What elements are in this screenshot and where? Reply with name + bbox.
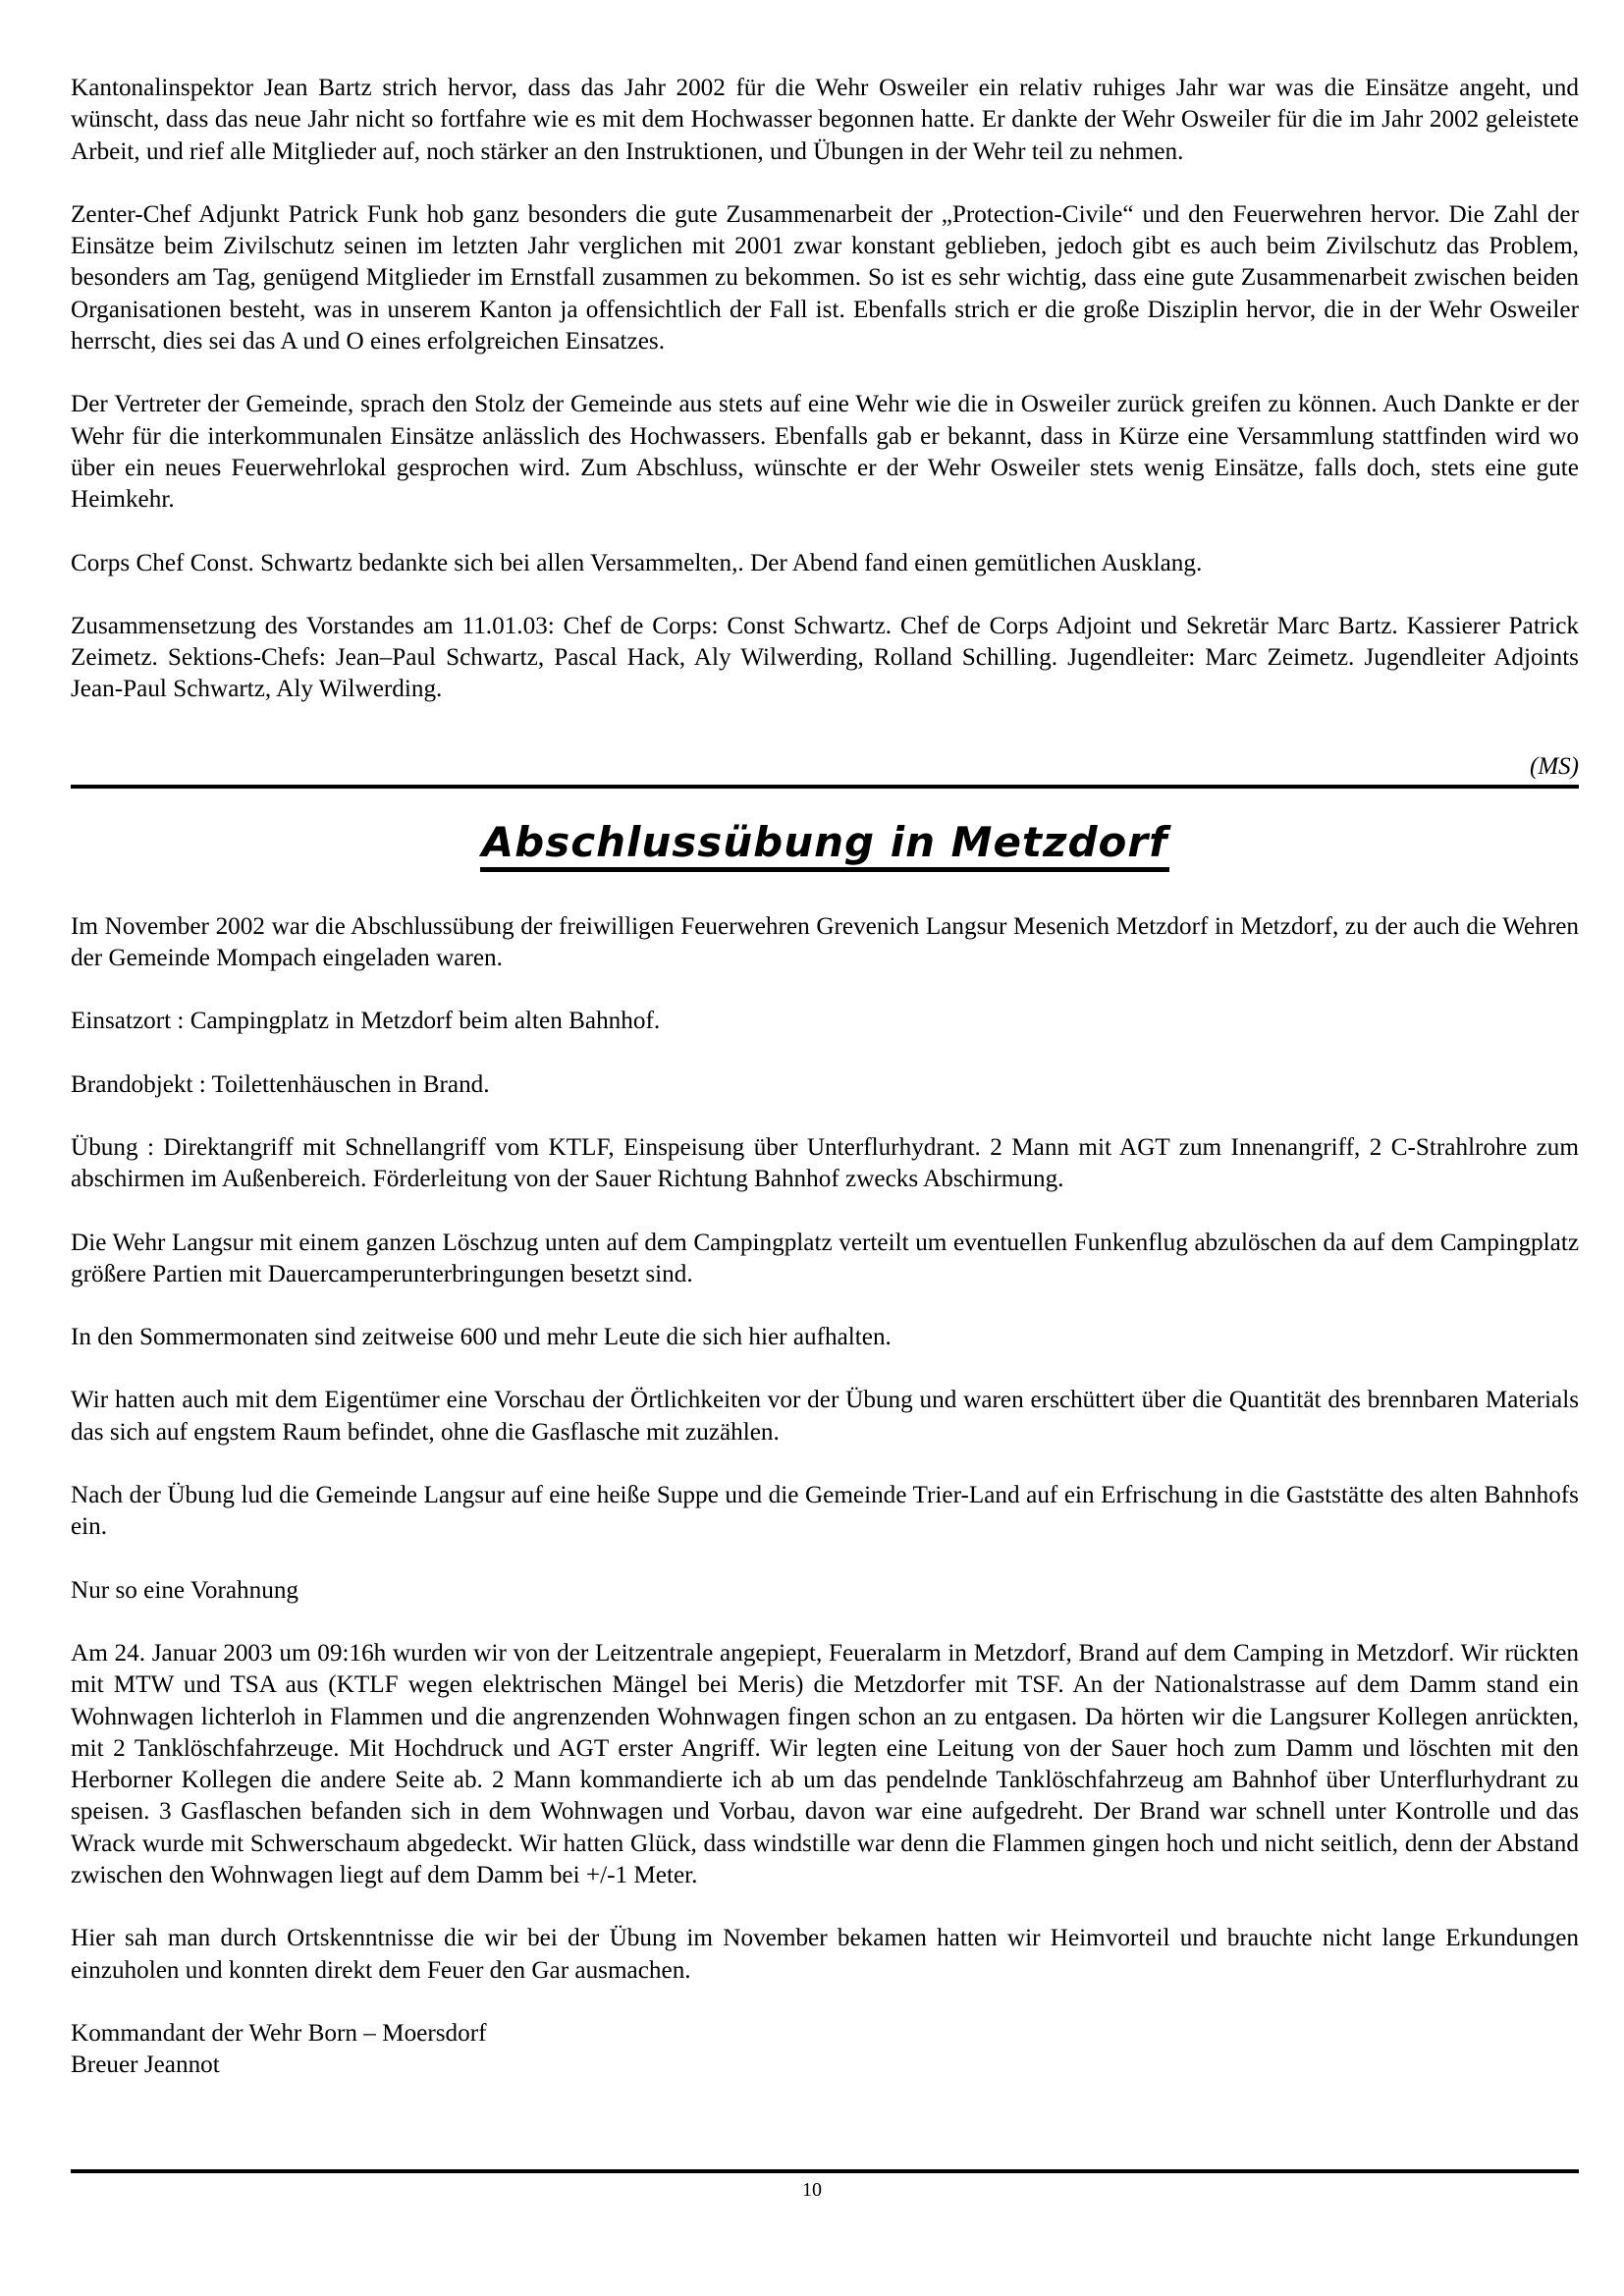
- paragraph: Am 24. Januar 2003 um 09:16h wurden wir …: [71, 1638, 1579, 1891]
- author-initials: (MS): [71, 751, 1579, 783]
- paragraph: Die Wehr Langsur mit einem ganzen Löschz…: [71, 1228, 1579, 1291]
- paragraph: Hier sah man durch Ortskenntnisse die wi…: [71, 1923, 1579, 1987]
- signature-title: Kommandant der Wehr Born – Moersdorf: [71, 2018, 1579, 2050]
- document-page: Kantonalinspektor Jean Bartz strich herv…: [71, 73, 1579, 2081]
- subheading-paragraph: Nur so eine Vorahnung: [71, 1575, 1579, 1607]
- paragraph: Im November 2002 war die Abschlussübung …: [71, 911, 1579, 975]
- page-number: 10: [0, 2179, 1624, 2202]
- paragraph: Corps Chef Const. Schwartz bedankte sich…: [71, 548, 1579, 579]
- paragraph: Einsatzort : Campingplatz in Metzdorf be…: [71, 1006, 1579, 1037]
- metzdorf-exercise-section: Abschlussübung in Metzdorf Im November 2…: [71, 818, 1579, 2082]
- paragraph: Zusammensetzung des Vorstandes am 11.01.…: [71, 611, 1579, 706]
- paragraph: Wir hatten auch mit dem Eigentümer eine …: [71, 1385, 1579, 1449]
- signature-name: Breuer Jeannot: [71, 2050, 1579, 2081]
- footer-divider: [71, 2169, 1579, 2173]
- paragraph: Brandobjekt : Toilettenhäuschen in Brand…: [71, 1069, 1579, 1101]
- paragraph: In den Sommermonaten sind zeitweise 600 …: [71, 1322, 1579, 1353]
- paragraph: Kantonalinspektor Jean Bartz strich herv…: [71, 73, 1579, 168]
- paragraph: Der Vertreter der Gemeinde, sprach den S…: [71, 389, 1579, 516]
- section-divider: [71, 785, 1579, 789]
- paragraph: Zenter-Chef Adjunkt Patrick Funk hob gan…: [71, 199, 1579, 357]
- section-title: Abschlussübung in Metzdorf: [480, 818, 1170, 872]
- paragraph: Übung : Direktangriff mit Schnellangriff…: [71, 1132, 1579, 1196]
- osweiler-report-section: Kantonalinspektor Jean Bartz strich herv…: [71, 73, 1579, 789]
- paragraph: Nach der Übung lud die Gemeinde Langsur …: [71, 1480, 1579, 1544]
